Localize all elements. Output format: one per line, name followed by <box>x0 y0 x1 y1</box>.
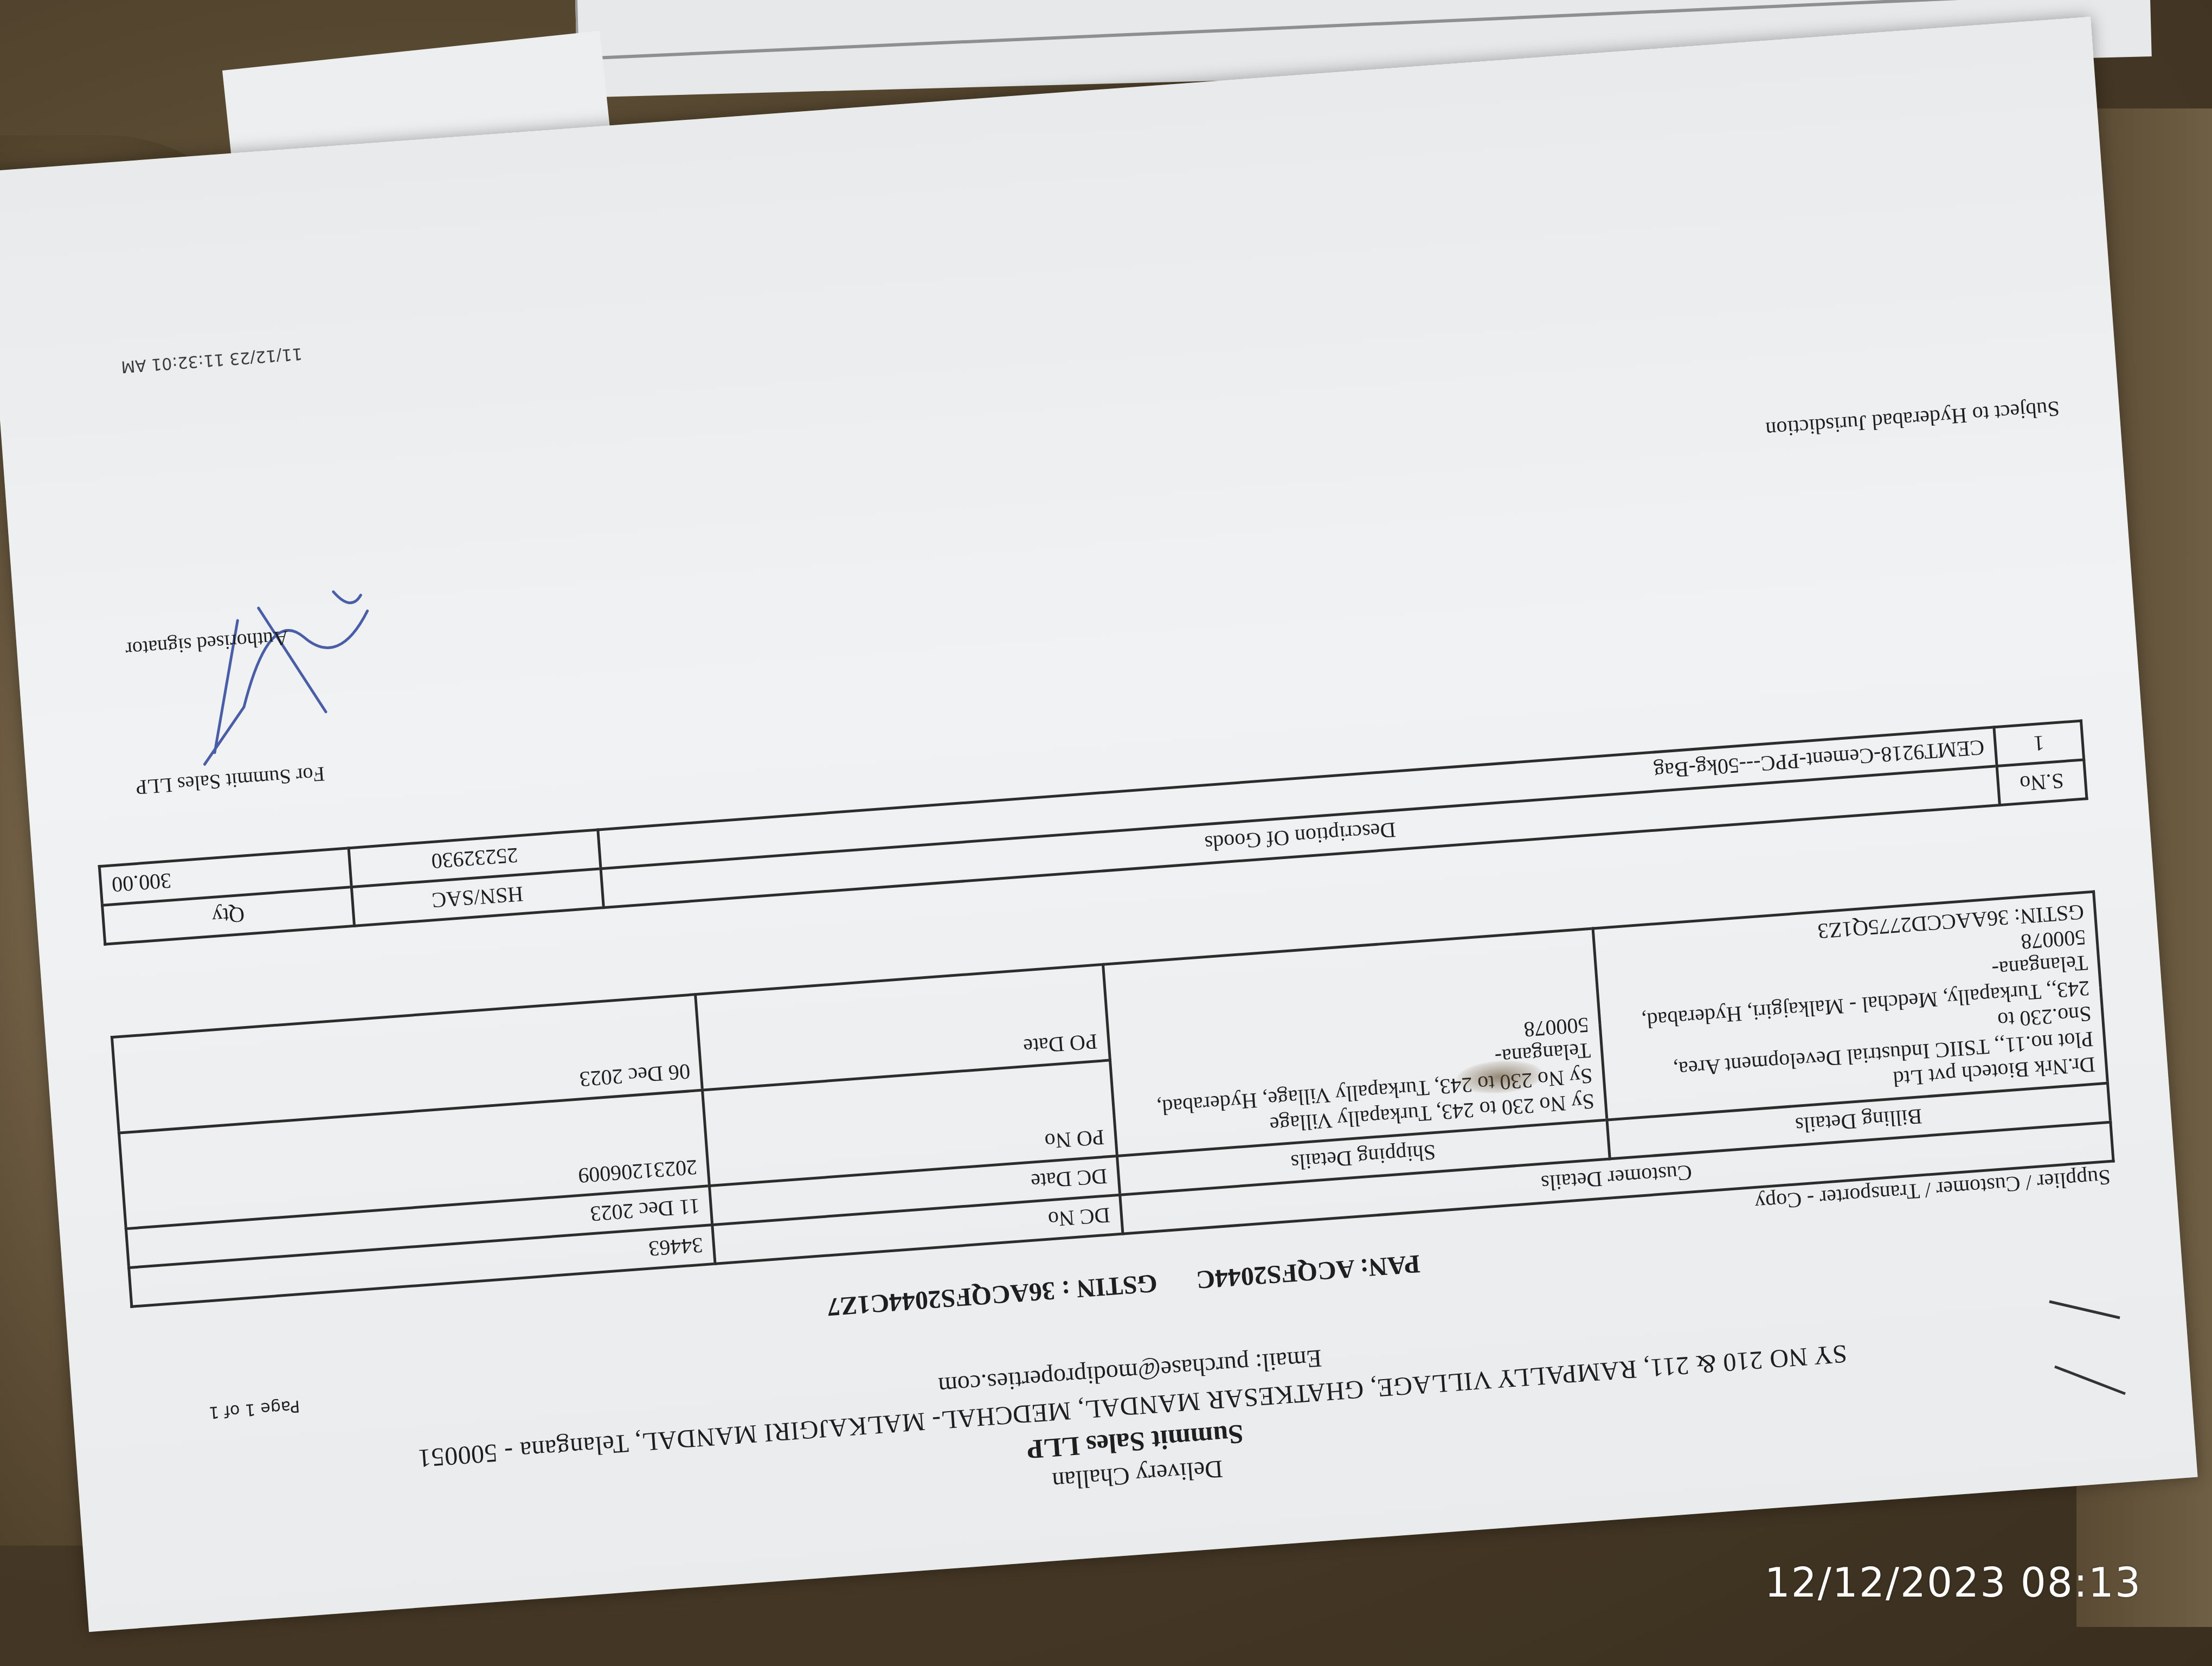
column-header: S.No <box>1997 760 2087 805</box>
row-sno: 1 <box>1994 721 2084 766</box>
signature-icon <box>154 576 411 789</box>
billing-address: Dr.Nrk Biotech pvt Ltd Plot no.11,, TSII… <box>1593 892 2108 1120</box>
pen-marks-icon <box>2044 1291 2131 1399</box>
page-number: Page 1 of 1 <box>208 1396 300 1422</box>
gstin-number: GSTIN : 36ACQFS2044C1Z7 <box>826 1268 1159 1322</box>
challan-content-upside-down: Delivery Challan Summit Sales LLP SY NO … <box>0 17 2198 1632</box>
pan-number: PAN: ACQFS2044C <box>1195 1249 1422 1295</box>
delivery-challan-paper: Delivery Challan Summit Sales LLP SY NO … <box>0 17 2198 1632</box>
jurisdiction-note: Subject to Hyderabad Jurisdiction <box>1765 396 2060 443</box>
camera-timestamp: 12/12/2023 08:13 <box>1765 1560 2142 1606</box>
printed-timestamp: 11/12/23 11:32:01 AM <box>120 344 303 376</box>
shipping-address: Sy No 230 to 243, Turkapally Village Sy … <box>1103 928 1607 1156</box>
